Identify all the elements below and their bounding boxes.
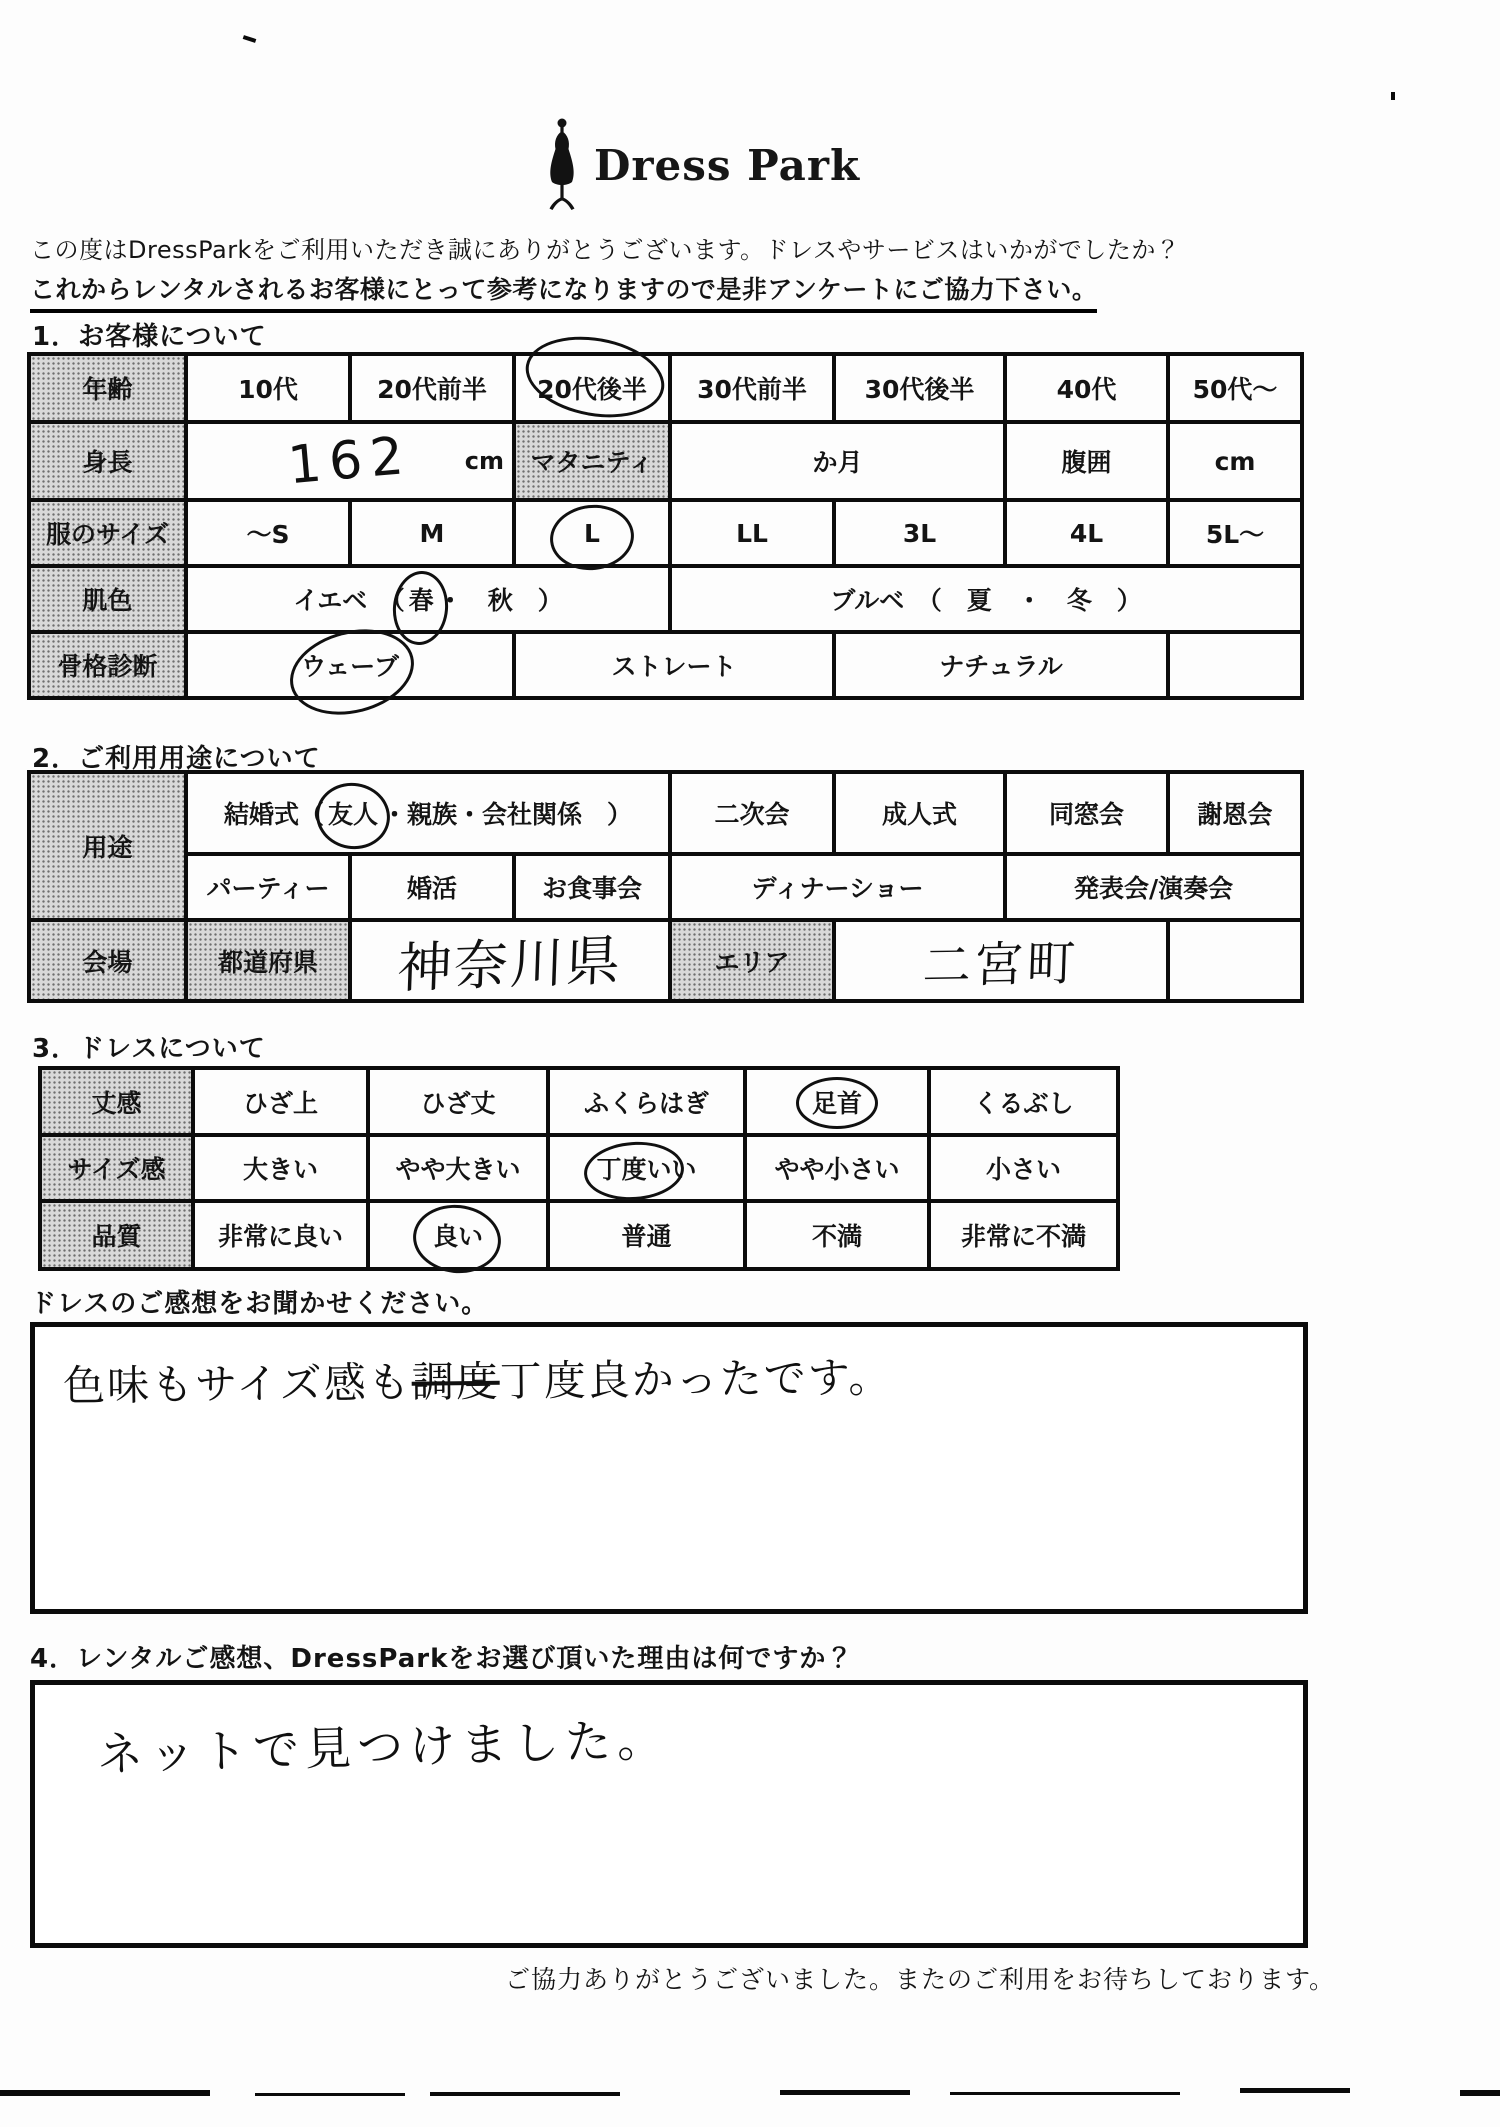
waist-label: 腹囲 bbox=[1005, 422, 1168, 500]
purpose-option-thanks-party: 謝恩会 bbox=[1168, 772, 1302, 854]
age-option-40s: 40代 bbox=[1005, 354, 1168, 422]
usage-purpose-table: 用途 結婚式（友人・親族・会社関係 ） 二次会 成人式 同窓会 謝恩会 パーティ… bbox=[27, 770, 1304, 1003]
skin-tone-row: 肌色 イエベ （春・ 秋 ） ブルベ （ 夏 ・ 冬 ） bbox=[29, 566, 1302, 632]
quality-option-dissatisfied: 不満 bbox=[745, 1201, 929, 1269]
quality-option-very-good: 非常に良い bbox=[193, 1201, 368, 1269]
size-feel-option-slightly-small: やや小さい bbox=[745, 1135, 929, 1201]
age-option-early-30s: 30代前半 bbox=[670, 354, 834, 422]
age-option-50s: 50代～ bbox=[1168, 354, 1302, 422]
prefecture-handwritten-value: 神奈川県 bbox=[397, 918, 624, 1003]
purpose-option-recital: 発表会/演奏会 bbox=[1005, 854, 1302, 920]
skeleton-option-straight: ストレート bbox=[514, 632, 834, 698]
size-feel-option-just-right-selected: 丁度いい bbox=[548, 1135, 745, 1201]
circle-annotation-good: 良い bbox=[429, 1217, 487, 1253]
customer-info-table: 年齢 10代 20代前半 20代後半 30代前半 30代後半 40代 50代～ … bbox=[27, 352, 1304, 700]
quality-option-average: 普通 bbox=[548, 1201, 745, 1269]
quality-option-good-selected: 良い bbox=[368, 1201, 548, 1269]
purpose-row-1: 用途 結婚式（友人・親族・会社関係 ） 二次会 成人式 同窓会 謝恩会 bbox=[29, 772, 1302, 854]
quality-label: 品質 bbox=[40, 1201, 193, 1269]
purpose-row-2: パーティー 婚活 お食事会 ディナーショー 発表会/演奏会 bbox=[29, 854, 1302, 920]
size-feel-option-small: 小さい bbox=[929, 1135, 1118, 1201]
skin-blue-base-cell: ブルベ （ 夏 ・ 冬 ） bbox=[670, 566, 1302, 632]
size-option-m: M bbox=[350, 500, 514, 566]
size-option-l-selected: L bbox=[514, 500, 670, 566]
purpose-option-dinner-show: ディナーショー bbox=[670, 854, 1005, 920]
section4-title: 4．レンタルご感想、DressParkをお選び頂いた理由は何ですか？ bbox=[30, 1638, 853, 1675]
wedding-prefix: 結婚式（ bbox=[224, 800, 324, 829]
prefecture-label: 都道府県 bbox=[186, 920, 350, 1001]
wedding-suffix: ・親族・会社関係 ） bbox=[382, 800, 632, 829]
height-handwritten-value: 162 bbox=[286, 426, 414, 497]
circle-annotation-just-right: 丁度いい bbox=[592, 1150, 700, 1186]
circle-annotation-friend: 友人 bbox=[324, 795, 382, 831]
waist-unit: cm bbox=[1168, 422, 1302, 500]
skeleton-row: 骨格診断 ウェーブ ストレート ナチュラル bbox=[29, 632, 1302, 698]
footer-thanks-text: ご協力ありがとうございました。またのご利用をお待ちしております。 bbox=[505, 1960, 1335, 1996]
height-unit: cm bbox=[465, 447, 504, 475]
scan-artifact bbox=[1391, 92, 1395, 100]
rental-reason-box: ネットで見つけました。 bbox=[30, 1680, 1308, 1948]
quality-option-very-dissatisfied: 非常に不満 bbox=[929, 1201, 1118, 1269]
size-feel-label: サイズ感 bbox=[40, 1135, 193, 1201]
section3-title: 3．ドレスについて bbox=[32, 1028, 266, 1065]
skeleton-option-natural: ナチュラル bbox=[834, 632, 1168, 698]
size-option-3l: 3L bbox=[834, 500, 1005, 566]
length-row: 丈感 ひざ上 ひざ丈 ふくらはぎ 足首 くるぶし bbox=[40, 1068, 1118, 1135]
age-option-10s: 10代 bbox=[186, 354, 350, 422]
age-option-late-20s-selected: 20代後半 bbox=[514, 354, 670, 422]
scan-artifact bbox=[430, 2092, 620, 2096]
length-option-knee: ひざ丈 bbox=[368, 1068, 548, 1135]
scan-artifact bbox=[950, 2092, 1180, 2095]
purpose-wedding-cell: 結婚式（友人・親族・会社関係 ） bbox=[186, 772, 670, 854]
purpose-option-party: パーティー bbox=[186, 854, 350, 920]
age-row: 年齢 10代 20代前半 20代後半 30代前半 30代後半 40代 50代～ bbox=[29, 354, 1302, 422]
scan-artifact bbox=[780, 2090, 910, 2095]
size-option-5l: 5L～ bbox=[1168, 500, 1302, 566]
length-option-ankle-selected: 足首 bbox=[745, 1068, 929, 1135]
purpose-option-dinner-meeting: お食事会 bbox=[514, 854, 670, 920]
prefecture-value-cell: 神奈川県 bbox=[350, 920, 670, 1001]
survey-form-page: Dress Park この度はDressParkをご利用いただき誠にありがとうご… bbox=[0, 0, 1500, 2127]
scan-artifact bbox=[1460, 2090, 1500, 2096]
venue-label: 会場 bbox=[29, 920, 186, 1001]
section1-title: 1．お客様について bbox=[32, 316, 267, 353]
maternity-label: マタニティ bbox=[514, 422, 670, 500]
skin-yellow-base-cell: イエベ （春・ 秋 ） bbox=[186, 566, 670, 632]
height-row: 身長 162 cm マタニティ か月 腹囲 cm bbox=[29, 422, 1302, 500]
dress-feedback-handwritten-answer: 色味もサイズ感も調度丁度良かったです。 bbox=[63, 1345, 893, 1414]
height-value-cell: 162 cm bbox=[186, 422, 514, 500]
dress-feedback-box: 色味もサイズ感も調度丁度良かったです。 bbox=[30, 1322, 1308, 1614]
circle-annotation-wave: ウェーブ bbox=[297, 647, 403, 683]
dress-form-icon bbox=[540, 116, 584, 214]
brand-logo: Dress Park bbox=[540, 116, 860, 214]
circle-annotation-spring: 春 bbox=[405, 581, 438, 617]
skeleton-label: 骨格診断 bbox=[29, 632, 186, 698]
age-option-late-30s: 30代後半 bbox=[834, 354, 1005, 422]
skin-tone-label: 肌色 bbox=[29, 566, 186, 632]
circle-annotation-ankle: 足首 bbox=[808, 1084, 866, 1120]
size-option-ll: LL bbox=[670, 500, 834, 566]
length-option-above-knee: ひざ上 bbox=[193, 1068, 368, 1135]
circle-annotation-age: 20代後半 bbox=[533, 370, 651, 406]
size-feel-row: サイズ感 大きい やや大きい 丁度いい やや小さい 小さい bbox=[40, 1135, 1118, 1201]
height-label: 身長 bbox=[29, 422, 186, 500]
area-label: エリア bbox=[670, 920, 834, 1001]
skeleton-option-wave-selected: ウェーブ bbox=[186, 632, 514, 698]
size-feel-option-big: 大きい bbox=[193, 1135, 368, 1201]
age-label: 年齢 bbox=[29, 354, 186, 422]
intro-thanks-line: この度はDressParkをご利用いただき誠にありがとうございます。ドレスやサー… bbox=[30, 230, 1180, 265]
empty-filler-cell bbox=[1168, 632, 1302, 698]
scan-artifact bbox=[0, 2090, 210, 2096]
size-option-s: ～S bbox=[186, 500, 350, 566]
clothing-size-label: 服のサイズ bbox=[29, 500, 186, 566]
empty-filler-cell bbox=[1168, 920, 1302, 1001]
length-option-calf: ふくらはぎ bbox=[548, 1068, 745, 1135]
quality-row: 品質 非常に良い 良い 普通 不満 非常に不満 bbox=[40, 1201, 1118, 1269]
intro-request-line: これからレンタルされるお客様にとって参考になりますので是非アンケートにご協力下さ… bbox=[30, 270, 1097, 313]
yellow-base-prefix: イエベ （ bbox=[293, 586, 405, 615]
purpose-option-coming-of-age: 成人式 bbox=[834, 772, 1005, 854]
dress-rating-table: 丈感 ひざ上 ひざ丈 ふくらはぎ 足首 くるぶし サイズ感 大きい やや大きい … bbox=[38, 1066, 1120, 1271]
area-handwritten-value: 二宮町 bbox=[922, 925, 1080, 997]
feedback-text-struck-out: 調度 bbox=[411, 1357, 500, 1407]
purpose-option-reunion: 同窓会 bbox=[1005, 772, 1168, 854]
dress-feedback-label: ドレスのご感想をお聞かせください。 bbox=[30, 1283, 488, 1320]
venue-row: 会場 都道府県 神奈川県 エリア 二宮町 bbox=[29, 920, 1302, 1001]
age-option-early-20s: 20代前半 bbox=[350, 354, 514, 422]
maternity-months-cell: か月 bbox=[670, 422, 1005, 500]
purpose-option-afterparty: 二次会 bbox=[670, 772, 834, 854]
purpose-label: 用途 bbox=[29, 772, 186, 920]
length-option-anklebone: くるぶし bbox=[929, 1068, 1118, 1135]
rental-reason-handwritten-answer: ネットで見つけました。 bbox=[96, 1704, 670, 1785]
purpose-option-konkatsu: 婚活 bbox=[350, 854, 514, 920]
scan-artifact bbox=[243, 35, 257, 43]
size-option-4l: 4L bbox=[1005, 500, 1168, 566]
size-feel-option-slightly-big: やや大きい bbox=[368, 1135, 548, 1201]
scan-artifact bbox=[255, 2093, 405, 2096]
area-value-cell: 二宮町 bbox=[834, 920, 1168, 1001]
clothing-size-row: 服のサイズ ～S M L LL 3L 4L 5L～ bbox=[29, 500, 1302, 566]
brand-name: Dress Park bbox=[594, 141, 860, 190]
feedback-text-part2: 丁度良かったです。 bbox=[499, 1353, 892, 1406]
yellow-base-suffix: ・ 秋 ） bbox=[438, 586, 563, 615]
circle-annotation-size: L bbox=[580, 519, 604, 548]
feedback-text-part1: 色味もサイズ感も bbox=[63, 1358, 412, 1411]
length-label: 丈感 bbox=[40, 1068, 193, 1135]
scan-artifact bbox=[1240, 2088, 1350, 2093]
